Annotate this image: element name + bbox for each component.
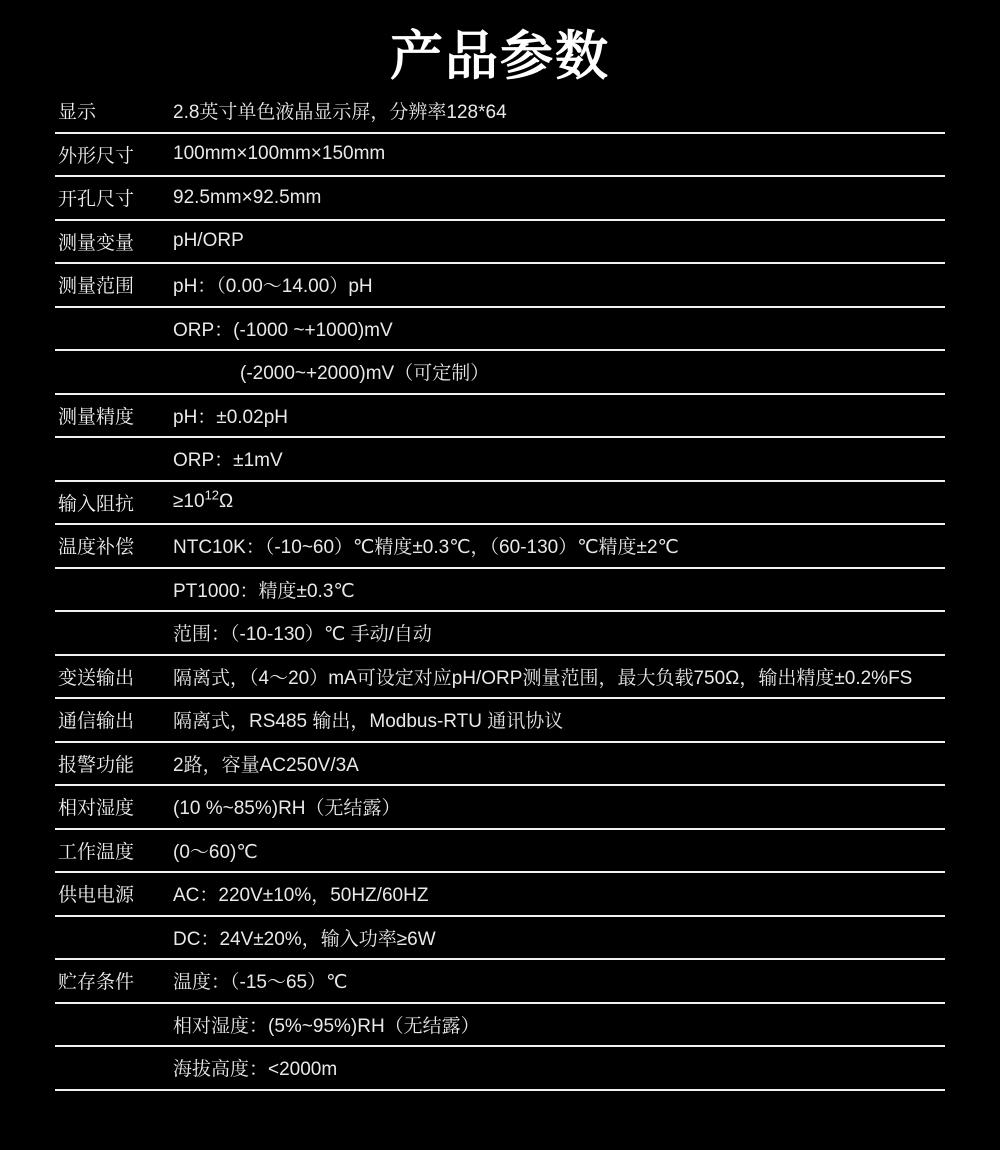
row-value: DC：24V±20%，输入功率≥6W <box>173 924 436 951</box>
table-row: 变送输出 隔离式，（4～20）mA可设定对应pH/ORP测量范围，最大负载750… <box>55 656 945 700</box>
value-text: 海拔高度：<2000m <box>173 1059 337 1080</box>
value-text: pH：（0.00～14.00）pH <box>173 276 373 297</box>
value-text: 范围：（-10-130）℃ 手动/自动 <box>173 624 432 645</box>
value-text: ≥10 <box>173 491 205 512</box>
row-value: 100mm×100mm×150mm <box>173 143 385 165</box>
table-row: 温度补偿 NTC10K：（-10~60）℃精度±0.3℃，（60-130）℃精度… <box>55 525 945 569</box>
table-row: (-2000~+2000)mV（可定制） <box>55 351 945 395</box>
row-value: 2.8英寸单色液晶显示屏，分辨率128*64 <box>173 97 507 124</box>
value-text: pH：±0.02pH <box>173 407 288 428</box>
table-row: 开孔尺寸 92.5mm×92.5mm <box>55 177 945 221</box>
row-value: 92.5mm×92.5mm <box>173 187 321 209</box>
table-row: ORP：(-1000 ~+1000)mV <box>55 308 945 352</box>
value-text-after: Ω <box>219 491 233 512</box>
value-text: (10 %~85%)RH（无结露） <box>173 798 401 819</box>
row-label: 供电电源 <box>55 880 173 907</box>
value-text: ORP：(-1000 ~+1000)mV <box>173 320 393 341</box>
table-row: 测量精度 pH：±0.02pH <box>55 395 945 439</box>
table-row: 测量范围 pH：（0.00～14.00）pH <box>55 264 945 308</box>
table-row: 通信输出 隔离式，RS485 输出，Modbus-RTU 通讯协议 <box>55 699 945 743</box>
table-row: 工作温度 (0～60)℃ <box>55 830 945 874</box>
row-value: PT1000：精度±0.3℃ <box>173 576 355 603</box>
row-label: 显示 <box>55 97 173 124</box>
value-superscript: 12 <box>205 488 219 503</box>
row-label: 相对湿度 <box>55 793 173 820</box>
table-row: PT1000：精度±0.3℃ <box>55 569 945 613</box>
table-row: DC：24V±20%，输入功率≥6W <box>55 917 945 961</box>
value-text: AC：220V±10%，50HZ/60HZ <box>173 885 428 906</box>
row-label: 测量精度 <box>55 402 173 429</box>
value-text: PT1000：精度±0.3℃ <box>173 581 355 602</box>
row-label: 工作温度 <box>55 837 173 864</box>
table-row: 海拔高度：<2000m <box>55 1047 945 1091</box>
row-label: 开孔尺寸 <box>55 184 173 211</box>
page-title: 产品参数 <box>0 14 1000 90</box>
value-text: pH/ORP <box>173 230 244 251</box>
value-text: 100mm×100mm×150mm <box>173 143 385 164</box>
value-text: 2路，容量AC250V/3A <box>173 755 359 776</box>
value-text: 温度：（-15～65）℃ <box>173 972 347 993</box>
row-label: 温度补偿 <box>55 532 173 559</box>
row-value: AC：220V±10%，50HZ/60HZ <box>173 880 428 907</box>
row-value: 温度：（-15～65）℃ <box>173 967 347 994</box>
table-row: 贮存条件 温度：（-15～65）℃ <box>55 960 945 1004</box>
table-row: 输入阻抗 ≥1012Ω <box>55 482 945 526</box>
row-value: NTC10K：（-10~60）℃精度±0.3℃，（60-130）℃精度±2℃ <box>173 532 679 559</box>
row-value: (10 %~85%)RH（无结露） <box>173 793 401 820</box>
row-label: 输入阻抗 <box>55 489 173 516</box>
value-text: (-2000~+2000)mV（可定制） <box>240 363 489 384</box>
row-label: 通信输出 <box>55 706 173 733</box>
row-value: 2路，容量AC250V/3A <box>173 750 359 777</box>
table-row: 显示 2.8英寸单色液晶显示屏，分辨率128*64 <box>55 90 945 134</box>
row-label: 报警功能 <box>55 750 173 777</box>
spec-sheet: 产品参数 显示 2.8英寸单色液晶显示屏，分辨率128*64 外形尺寸 100m… <box>0 0 1000 1150</box>
value-text: 隔离式，（4～20）mA可设定对应pH/ORP测量范围，最大负载750Ω，输出精… <box>173 668 912 689</box>
row-label: 测量范围 <box>55 271 173 298</box>
spec-table: 显示 2.8英寸单色液晶显示屏，分辨率128*64 外形尺寸 100mm×100… <box>55 90 945 1091</box>
row-value: 范围：（-10-130）℃ 手动/自动 <box>173 619 432 646</box>
row-label: 变送输出 <box>55 663 173 690</box>
value-text: (0～60)℃ <box>173 842 258 863</box>
row-label: 测量变量 <box>55 228 173 255</box>
table-row: 报警功能 2路，容量AC250V/3A <box>55 743 945 787</box>
value-text: 隔离式，RS485 输出，Modbus-RTU 通讯协议 <box>173 711 563 732</box>
table-row: 外形尺寸 100mm×100mm×150mm <box>55 134 945 178</box>
value-text: 相对湿度：(5%~95%)RH（无结露） <box>173 1016 480 1037</box>
value-text: DC：24V±20%，输入功率≥6W <box>173 929 436 950</box>
row-value: 相对湿度：(5%~95%)RH（无结露） <box>173 1011 480 1038</box>
value-text: 2.8英寸单色液晶显示屏，分辨率128*64 <box>173 102 507 123</box>
row-label: 外形尺寸 <box>55 141 173 168</box>
row-value: ORP：(-1000 ~+1000)mV <box>173 315 393 342</box>
table-row: 相对湿度 (10 %~85%)RH（无结露） <box>55 786 945 830</box>
table-row: 相对湿度：(5%~95%)RH（无结露） <box>55 1004 945 1048</box>
table-row: 测量变量 pH/ORP <box>55 221 945 265</box>
value-text: 92.5mm×92.5mm <box>173 187 321 208</box>
table-row: 范围：（-10-130）℃ 手动/自动 <box>55 612 945 656</box>
row-value: pH/ORP <box>173 230 244 252</box>
row-value: 海拔高度：<2000m <box>173 1054 337 1081</box>
row-value: 隔离式，（4～20）mA可设定对应pH/ORP测量范围，最大负载750Ω，输出精… <box>173 663 912 690</box>
value-text: ORP：±1mV <box>173 450 283 471</box>
row-value: (-2000~+2000)mV（可定制） <box>173 358 489 385</box>
row-value: ≥1012Ω <box>173 491 233 513</box>
table-row: ORP：±1mV <box>55 438 945 482</box>
row-value: ORP：±1mV <box>173 445 283 472</box>
row-value: pH：（0.00～14.00）pH <box>173 271 373 298</box>
row-value: (0～60)℃ <box>173 837 258 864</box>
row-label: 贮存条件 <box>55 967 173 994</box>
value-text: NTC10K：（-10~60）℃精度±0.3℃，（60-130）℃精度±2℃ <box>173 537 679 558</box>
row-value: pH：±0.02pH <box>173 402 288 429</box>
table-row: 供电电源 AC：220V±10%，50HZ/60HZ <box>55 873 945 917</box>
row-value: 隔离式，RS485 输出，Modbus-RTU 通讯协议 <box>173 706 563 733</box>
